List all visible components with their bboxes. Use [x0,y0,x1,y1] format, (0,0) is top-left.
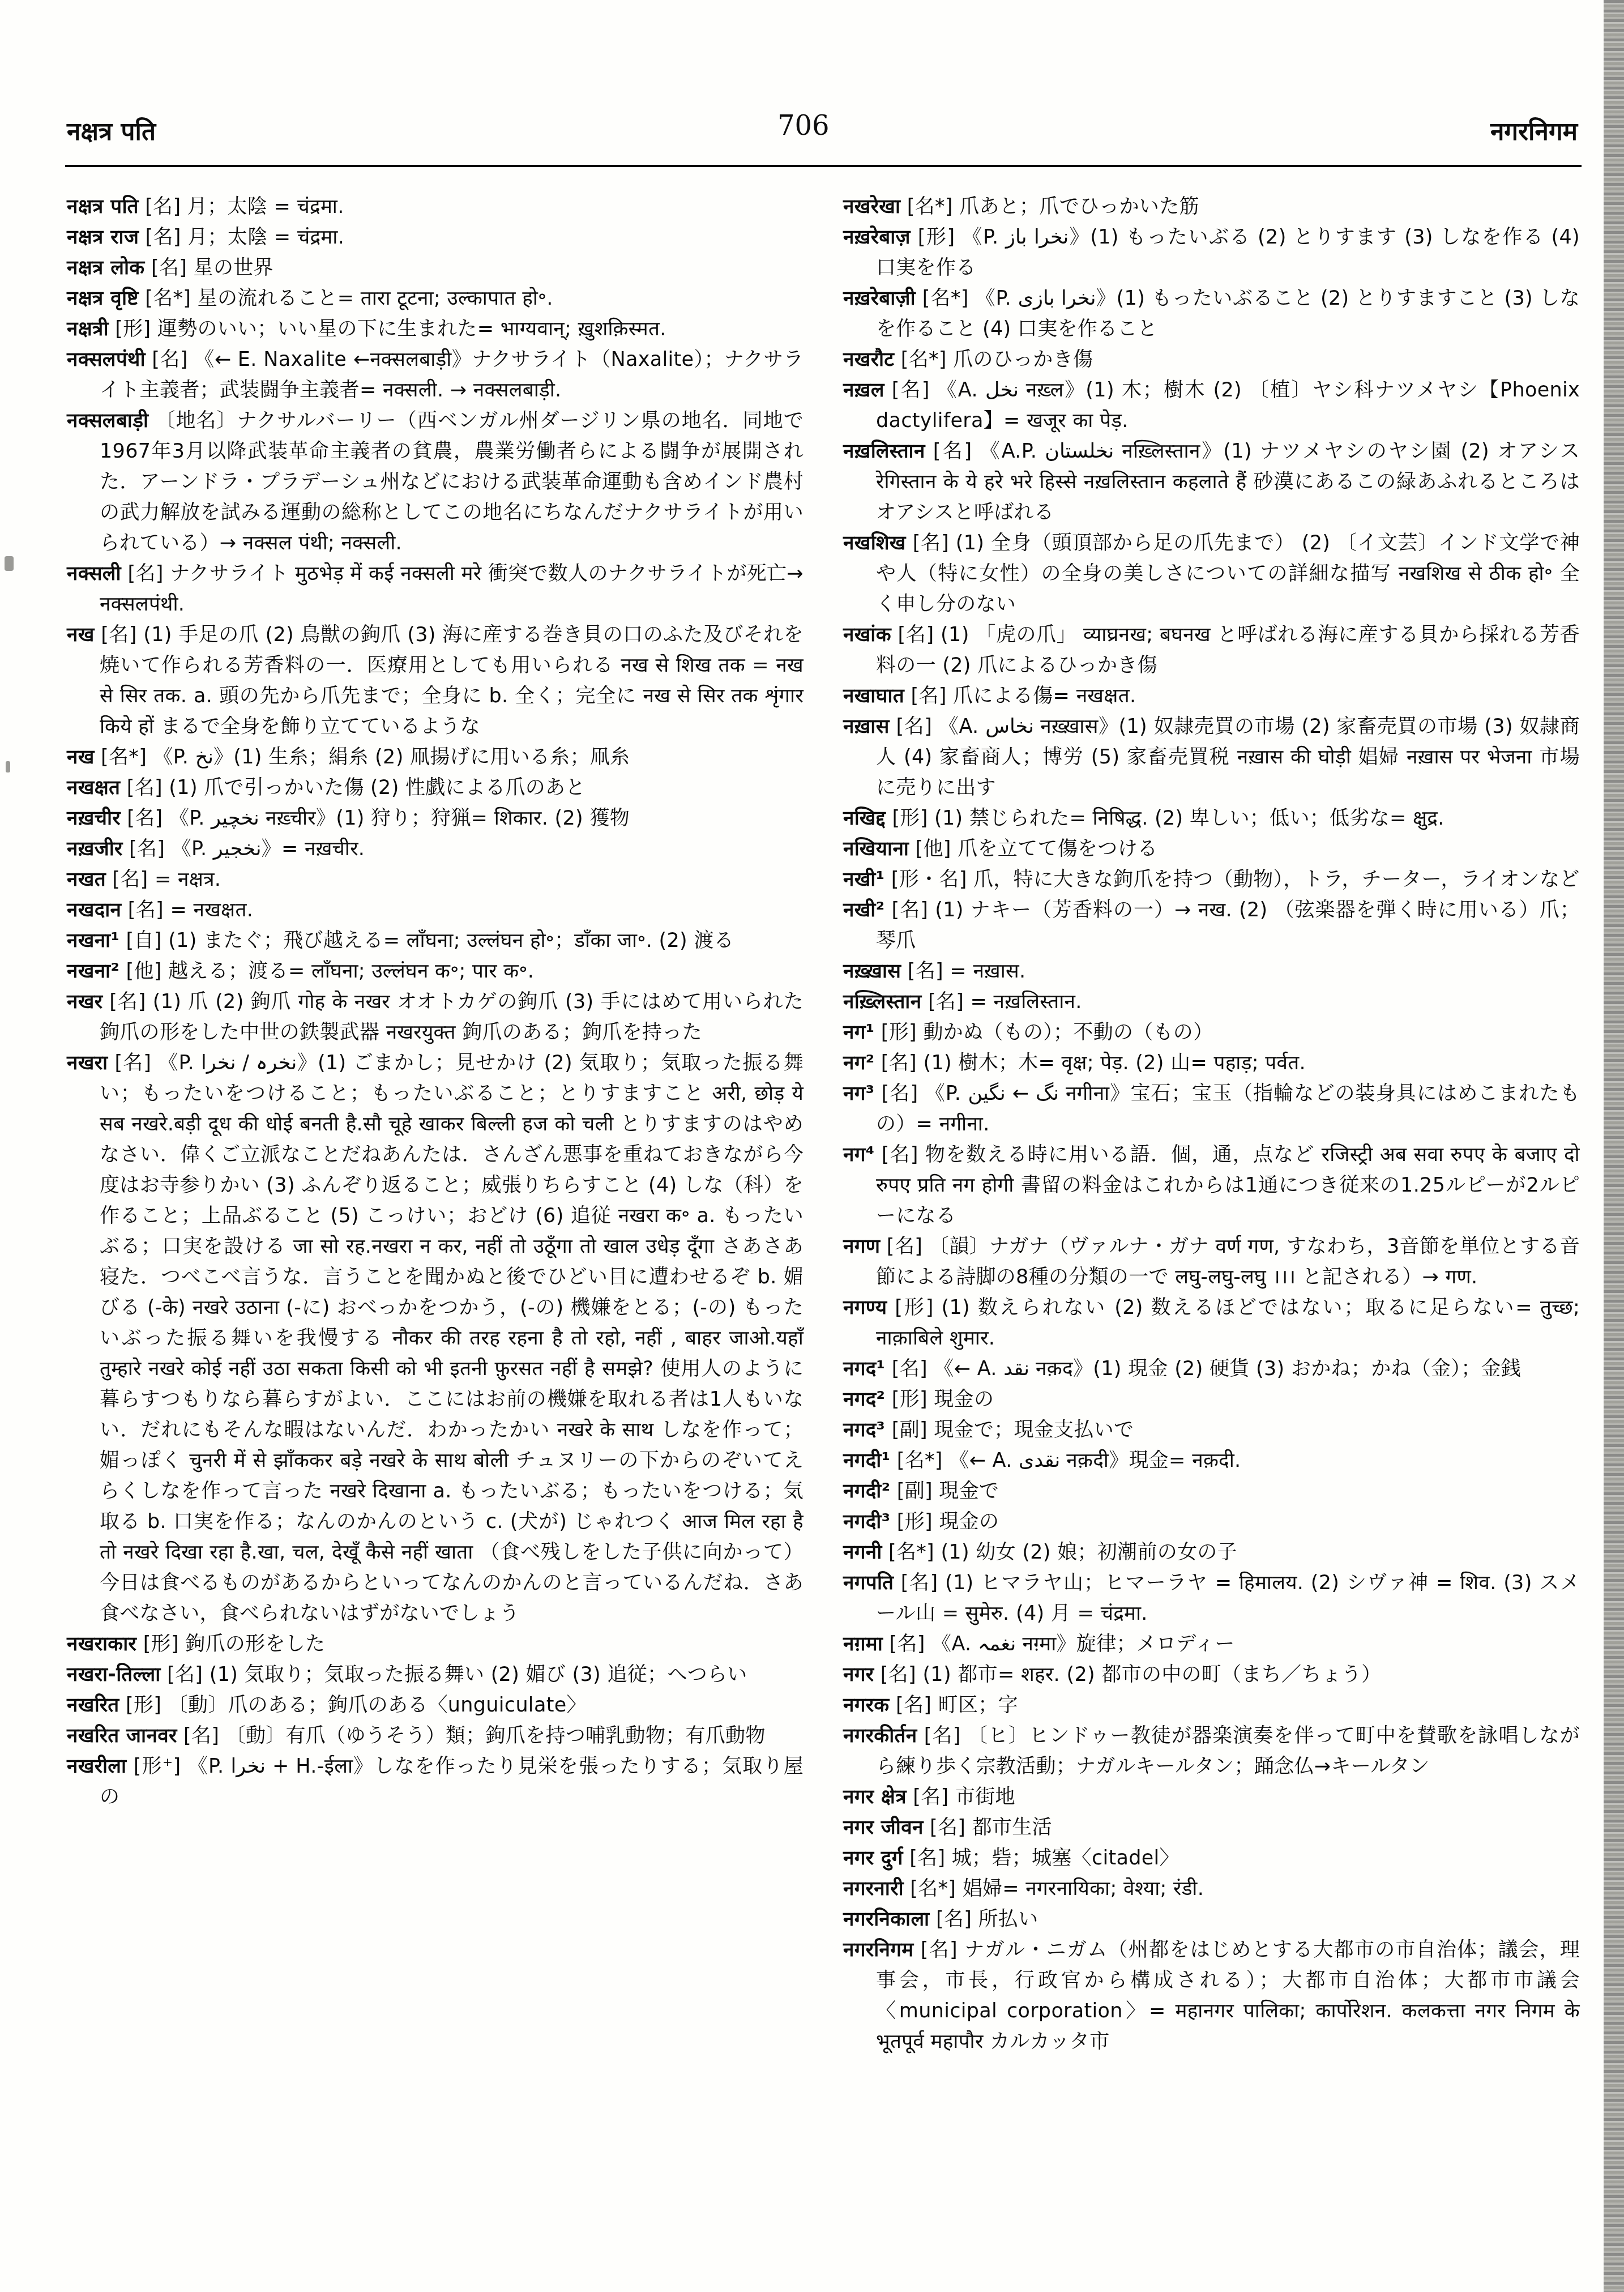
entry-headword: नखरा-तिल्ला [67,1663,161,1686]
entry-body: [名] 《A. نغمہ नग़्मा》旋律；メロディー [883,1633,1234,1655]
entry-headword: नख [67,746,95,769]
entry-headword: नगण्य [843,1296,887,1319]
entry-body: [名] 都市生活 [924,1816,1052,1839]
entry-body: [名] 所払い [929,1908,1038,1931]
entry-headword: नक्सलबाड़ी [67,409,148,432]
dictionary-entry: नखी² [名] (1) ナキー（芳香料の一）→ नख. (2) （弦楽器を弾く… [843,895,1580,956]
dictionary-entry: नख़ल [名] 《A. نخل नख़्ल》(1) 木；樹木 (2) 〔植〕ヤ… [843,375,1580,436]
entry-headword: नगनी [843,1541,882,1564]
entry-headword: नगण [843,1235,880,1258]
dictionary-entry: नख़जीर [名] 《P. نخجیر》= नख़चीर. [67,834,804,864]
dictionary-entry: नखक्षत [名] (1) 爪で引っかいた傷 (2) 性戯による爪のあと [67,772,804,803]
scan-edge-artifact [1604,0,1624,2292]
dictionary-entry: नगरक [名] 町区；字 [843,1690,1580,1721]
entry-body: [名] = नक्षत्र. [106,868,221,891]
dictionary-entry: नगरनिगम [名] ナガル・ニガム（州都をはじめとする大都市の市自治体；議会… [843,1935,1580,2057]
dictionary-entry: नक्सलबाड़ी 〔地名〕ナクサルバーリー（西ベンガル州ダージリン県の地名．… [67,406,804,558]
entry-body: [名] (1) 都市= शहर. (2) 都市の中の町（まち／ちょう） [874,1663,1381,1686]
dictionary-entry: नग² [名] (1) 樹木；木= वृक्ष; पेड़. (2) 山= पह… [843,1048,1580,1078]
dictionary-entry: नखरीला [形⁺] 《P. نخرا + H.-ईला》しなを作ったり見栄を… [67,1751,804,1812]
scan-artifact [6,761,10,772]
dictionary-entry: नखरा-तिल्ला [名] (1) 気取り；気取った振る舞い (2) 媚び … [67,1659,804,1690]
entry-body: [名] (1) 樹木；木= वृक्ष; पेड़. (2) 山= पहाड़;… [874,1052,1306,1074]
dictionary-entry: नक्सली [名] ナクサライト मुठभेड़ में कई नक्सली … [67,558,804,620]
entry-body: [名] 《A. نخاس नख़्ख़ास》(1) 奴隷売買の市場 (2) 家畜… [876,715,1580,799]
dictionary-entry: नगद³ [副] 現金で；現金支払いで [843,1415,1580,1445]
entry-headword: नगरनिकाला [843,1908,929,1931]
dictionary-page: नक्षत्र पति 706 नगरनिगम नक्षत्र पति [名] … [0,0,1624,2292]
entry-body: [名*] 爪あと；爪でひっかいた筋 [900,195,1199,218]
entry-headword: नख़रेबाज़ी [843,287,916,310]
dictionary-entry: नखशिख [名] (1) 全身（頭頂部から足の爪先まで） (2) 〔イ文芸〕イ… [843,528,1580,620]
entry-headword: नगद² [843,1388,885,1411]
entry-headword: नक्षत्री [67,318,109,340]
entry-headword: नख़रेबाज़ [843,226,911,249]
entry-headword: नख [67,624,95,646]
entry-headword: नक्षत्र वृष्टि [67,287,139,310]
dictionary-entry: नखना² [他] 越える；渡る= लाँघना; उल्लंघन क॰; पा… [67,956,804,987]
dictionary-entry: नगनी [名*] (1) 幼女 (2) 娘；初潮前の女の子 [843,1537,1580,1568]
dictionary-entry: नगदी¹ [名*] 《← A. نقدی नक़दी》現金= नक़दी. [843,1445,1580,1476]
dictionary-entry: नख़चीर [名] 《P. نخچیر नख़्चीर》(1) 狩り；狩猟= … [67,803,804,834]
dictionary-entry: नक्षत्री [形] 運勢のいい；いい星の下に生まれた= भाग्यवान्… [67,314,804,344]
entry-body: [名] = नख़लिस्तान. [921,991,1082,1013]
entry-body: [形] 現金の [885,1388,994,1411]
entry-body: [名] 〔動〕有爪（ゆうそう）類；鉤爪を持つ哺乳動物；有爪動物 [177,1725,766,1747]
entry-body: [名*] 《P. نخ》(1) 生糸；絹糸 (2) 凧揚げに用いる糸；凧糸 [95,746,630,769]
dictionary-entry: नखराकार [形] 鉤爪の形をした [67,1629,804,1659]
entry-headword: नग़मा [843,1633,883,1655]
entry-body: [名] = नखक्षत. [121,899,253,921]
entry-body: [名*] 《← A. نقدی नक़दी》現金= नक़दी. [890,1449,1241,1472]
entry-headword: नग² [843,1052,874,1074]
entry-headword: नखना¹ [67,929,119,952]
entry-headword: नख़्ख़ास [843,960,901,983]
entry-body: [名] 市街地 [907,1786,1015,1808]
dictionary-entry: नखत [名] = नक्षत्र. [67,864,804,895]
dictionary-entry: नगरनारी [名*] 娼婦= नगरनायिका; वेश्या; रंडी… [843,1873,1580,1904]
entry-headword: नक्सली [67,562,121,585]
entry-headword: नगरक [843,1694,890,1717]
entry-headword: नखी¹ [843,868,884,891]
entry-body: [名] 町区；字 [890,1694,1018,1717]
entry-body: [名] ナクサライト मुठभेड़ में कई नक्सली मरे 衝突で… [100,562,804,616]
entry-body: [名] 城；砦；城塞〈citadel〉 [903,1847,1179,1870]
entry-headword: नक्सलपंथी [67,348,146,371]
dictionary-entry: नगदी³ [形] 現金の [843,1506,1580,1537]
entry-body: [形] 鉤爪の形をした [136,1633,325,1655]
text-columns: नक्षत्र पति [名] 月；太陰 = चंद्रमा.नक्षत्र र… [67,191,1580,2057]
entry-headword: नगर दुर्ग [843,1847,903,1870]
entry-body: [副] 現金で [890,1480,999,1503]
entry-headword: नक्षत्र पति [67,195,139,218]
header-rule [65,165,1582,167]
dictionary-entry: नखरित [形] 〔動〕爪のある；鉤爪のある〈unguiculate〉 [67,1690,804,1721]
entry-body: [名] 〔韻〕ナガナ（ヴァルナ・ガナ वर्ण गण, すなわち，3音節を単位と… [876,1235,1580,1288]
entry-body: [名] (1) 全身（頭頂部から足の爪先まで） (2) 〔イ文芸〕インド文学で神… [876,532,1580,616]
entry-body: [名] 《← A. نقد नक़द》(1) 現金 (2) 硬貨 (3) おかね… [885,1358,1521,1380]
entry-body: [名*] 《P. نخرا بازی》(1) もったいぶること (2) とりすま… [876,287,1580,340]
entry-body: [名] 月；太陰 = चंद्रमा. [139,226,344,249]
dictionary-entry: नखाघात [名] 爪による傷= नखक्षत. [843,681,1580,711]
entry-body: [形] 《P. نخرا باز》(1) もったいぶる (2) とりすます (3… [876,226,1580,279]
entry-headword: नगदी³ [843,1510,890,1533]
dictionary-entry: नखरित जानवर [名] 〔動〕有爪（ゆうそう）類；鉤爪を持つ哺乳動物；有… [67,1721,804,1751]
entry-body: [形・名] 爪，特に大きな鉤爪を持つ（動物），トラ，チーター，ライオンなど [884,868,1579,891]
entry-headword: नक्षत्र लोक [67,257,145,279]
entry-headword: नगर जीवन [843,1816,924,1839]
entry-body: [名] = नख़ास. [901,960,1025,983]
entry-body: [形] 現金の [890,1510,999,1533]
dictionary-entry: नखदान [名] = नखक्षत. [67,895,804,925]
dictionary-entry: नगण [名] 〔韻〕ナガナ（ヴァルナ・ガナ वर्ण गण, すなわち，3音節… [843,1231,1580,1292]
dictionary-entry: नखियाना [他] 爪を立てて傷をつける [843,834,1580,864]
entry-body: [名] 《P. نخرہ / نخرا》(1) ごまかし；見せかけ (2) 気取… [100,1052,804,1625]
scan-artifact [5,556,14,571]
entry-body: [名] ナガル・ニガム（州都をはじめとする大都市の市自治体；議会，理事会，市長，… [876,1939,1580,2053]
entry-body: [形⁺] 《P. نخرا + H.-ईला》しなを作ったり見栄を張ったりする；… [100,1755,804,1808]
entry-headword: नगपति [843,1572,894,1594]
right-column: नखरेखा [名*] 爪あと；爪でひっかいた筋नख़रेबाज़ [形] 《P… [843,191,1580,2057]
entry-headword: नगदी¹ [843,1449,890,1472]
entry-headword: नखियाना [843,838,909,860]
entry-headword: नख़जीर [67,838,123,860]
page-header: नक्षत्र पति 706 नगरनिगम [67,113,1580,164]
entry-headword: नगद³ [843,1419,885,1441]
entry-body: [名] 《← E. Naxalite ←नक्सलबाड़ी》ナクサライト（Na… [100,348,804,402]
entry-body: [名] (1) ヒマラヤ山；ヒマーラヤ = हिमालय. (2) シヴァ神 =… [876,1572,1580,1625]
dictionary-entry: नख़रेबाज़ [形] 《P. نخرا باز》(1) もったいぶる (2… [843,222,1580,283]
entry-body: [名*] 娼婦= नगरनायिका; वेश्या; रंडी. [904,1877,1204,1900]
entry-headword: नखदान [67,899,121,921]
entry-body: [形] 〔動〕爪のある；鉤爪のある〈unguiculate〉 [119,1694,587,1717]
entry-headword: नखरित जानवर [67,1725,177,1747]
entry-headword: नख़्लिस्तान [843,991,921,1013]
entry-body: [名] 《P. نگ ← نگین नगीना》宝石；宝玉（指輪などの装身具には… [874,1082,1580,1136]
entry-body: [名] (1) ナキー（芳香料の一）→ नख. (2) （弦楽器を弾く時に用いる… [876,899,1580,952]
dictionary-entry: नक्षत्र पति [名] 月；太陰 = चंद्रमा. [67,191,804,222]
dictionary-entry: नगदी² [副] 現金で [843,1476,1580,1506]
entry-headword: नगरनिगम [843,1939,913,1961]
entry-headword: नग³ [843,1082,874,1105]
entry-body: [自] (1) またぐ；飛び越える= लाँघना; उल्लंघन हो॰；ड… [119,929,734,952]
entry-headword: नग¹ [843,1021,874,1044]
entry-headword: नगदी² [843,1480,890,1503]
entry-body: [名*] 星の流れること= तारा टूटना; उल्कापात हो॰. [139,287,553,310]
entry-headword: नख़चीर [67,807,121,830]
dictionary-entry: नख़रेबाज़ी [名*] 《P. نخرا بازی》(1) もったいぶる… [843,283,1580,344]
entry-body: [名] 物を数える時に用いる語．個，通，点など रजिस्ट्री अब सवा… [874,1143,1580,1227]
entry-headword: नखरेखा [843,195,900,218]
dictionary-entry: नखरा [名] 《P. نخرہ / نخرا》(1) ごまかし；見せかけ (… [67,1048,804,1629]
entry-body: [名] (1) 手足の爪 (2) 鳥獣の鉤爪 (3) 海に産する巻き貝の口のふた… [95,624,804,738]
dictionary-entry: नख़ास [名] 《A. نخاس नख़्ख़ास》(1) 奴隷売買の市場 … [843,711,1580,803]
entry-body: [形] 運勢のいい；いい星の下に生まれた= भाग्यवान्; ख़ुशक़ि… [109,318,666,340]
dictionary-entry: नगर क्षेत्र [名] 市街地 [843,1782,1580,1812]
entry-headword: नखिद्द [843,807,886,830]
dictionary-entry: नखरौट [名*] 爪のひっかき傷 [843,344,1580,375]
entry-headword: नखक्षत [67,776,120,799]
entry-headword: नखर [67,991,102,1013]
dictionary-entry: नख [名*] 《P. نخ》(1) 生糸；絹糸 (2) 凧揚げに用いる糸；凧糸 [67,742,804,772]
entry-body: [名] 爪による傷= नखक्षत. [904,685,1136,707]
entry-headword: नख़ल [843,379,884,402]
entry-headword: नखना² [67,960,119,983]
running-head-left: नक्षत्र पति [67,113,156,147]
dictionary-entry: नख [名] (1) 手足の爪 (2) 鳥獣の鉤爪 (3) 海に産する巻き貝の口… [67,620,804,742]
dictionary-entry: नगरनिकाला [名] 所払い [843,1904,1580,1935]
dictionary-entry: नखना¹ [自] (1) またぐ；飛び越える= लाँघना; उल्लंघन… [67,925,804,956]
entry-headword: नख़ास [843,715,890,738]
dictionary-entry: नक्षत्र राज [名] 月；太陰 = चंद्रमा. [67,222,804,253]
entry-body: [名] 《P. نخجیر》= नख़चीर. [123,838,365,860]
entry-body: [名] (1) 気取り；気取った振る舞い (2) 媚び (3) 追従；へつらい [161,1663,747,1686]
entry-headword: नखांक [843,624,891,646]
entry-body: [名] 《P. نخچیر नख़्चीर》(1) 狩り；狩猟= शिकार. … [121,807,630,830]
entry-headword: नगरकीर्तन [843,1725,917,1747]
entry-body: [副] 現金で；現金支払いで [885,1419,1134,1441]
entry-headword: नग⁴ [843,1143,874,1166]
entry-body: [他] 越える；渡る= लाँघना; उल्लंघन क॰; पार क॰. [119,960,534,983]
dictionary-entry: नख़्लिस्तान [名] = नख़लिस्तान. [843,987,1580,1017]
dictionary-entry: नगण्य [形] (1) 数えられない (2) 数えるほどではない；取るに足ら… [843,1292,1580,1354]
dictionary-entry: नगरकीर्तन [名] 〔ヒ〕ヒンドゥー教徒が器楽演奏を伴って町中を賛歌を詠… [843,1721,1580,1782]
dictionary-entry: नगद² [形] 現金の [843,1384,1580,1415]
entry-body: [形] (1) 数えられない (2) 数えるほどではない；取るに足らない= तु… [876,1296,1580,1350]
dictionary-entry: नगद¹ [名] 《← A. نقد नक़द》(1) 現金 (2) 硬貨 (3… [843,1354,1580,1384]
dictionary-entry: नगर दुर्ग [名] 城；砦；城塞〈citadel〉 [843,1843,1580,1873]
entry-body: [名] (1) 爪で引っかいた傷 (2) 性戯による爪のあと [120,776,585,799]
entry-headword: नखरा [67,1052,108,1074]
entry-headword: नखरीला [67,1755,126,1778]
entry-headword: नगर [843,1663,874,1686]
entry-body: [名] 星の世界 [145,257,273,279]
entry-body: [形] (1) 禁じられた= निषिद्ध. (2) 卑しい；低い；低劣な= … [886,807,1444,830]
entry-headword: नखरित [67,1694,119,1717]
entry-body: [形] 動かぬ（もの）；不動の（もの） [874,1021,1213,1044]
entry-body: [名] (1) 「虎の爪」 व्याघ्रनख; बघनख と呼ばれる海に産する… [876,624,1580,677]
entry-body: [名] 月；太陰 = चंद्रमा. [139,195,344,218]
dictionary-entry: नखांक [名] (1) 「虎の爪」 व्याघ्रनख; बघनख と呼ばれ… [843,620,1580,681]
entry-headword: नखत [67,868,106,891]
dictionary-entry: नखी¹ [形・名] 爪，特に大きな鉤爪を持つ（動物），トラ，チーター，ライオン… [843,864,1580,895]
entry-headword: नक्षत्र राज [67,226,139,249]
dictionary-entry: नखरेखा [名*] 爪あと；爪でひっかいた筋 [843,191,1580,222]
dictionary-entry: नग़मा [名] 《A. نغمہ नग़्मा》旋律；メロディー [843,1629,1580,1659]
dictionary-entry: नख़्ख़ास [名] = नख़ास. [843,956,1580,987]
dictionary-entry: नक्सलपंथी [名] 《← E. Naxalite ←नक्सलबाड़ी… [67,344,804,406]
dictionary-entry: नग¹ [形] 動かぬ（もの）；不動の（もの） [843,1017,1580,1048]
dictionary-entry: नगर [名] (1) 都市= शहर. (2) 都市の中の町（まち／ちょう） [843,1659,1580,1690]
entry-body: [名*] 爪のひっかき傷 [894,348,1093,371]
entry-headword: नगद¹ [843,1358,885,1380]
entry-body: [名*] (1) 幼女 (2) 娘；初潮前の女の子 [882,1541,1237,1564]
dictionary-entry: नग³ [名] 《P. نگ ← نگین नगीना》宝石；宝玉（指輪などの装… [843,1078,1580,1139]
entry-headword: नगर क्षेत्र [843,1786,907,1808]
entry-body: [他] 爪を立てて傷をつける [909,838,1157,860]
dictionary-entry: नख़लिस्तान [名] 《A.P. نخلستان नख़्लिस्तान… [843,436,1580,528]
left-column: नक्षत्र पति [名] 月；太陰 = चंद्रमा.नक्षत्र र… [67,191,804,2057]
dictionary-entry: नखिद्द [形] (1) 禁じられた= निषिद्ध. (2) 卑しい；低… [843,803,1580,834]
entry-headword: नखशिख [843,532,906,554]
entry-body: [名] (1) 爪 (2) 鉤爪 गोह के नखर オオトカゲの鉤爪 (3)… [100,991,804,1044]
dictionary-entry: नखर [名] (1) 爪 (2) 鉤爪 गोह के नखर オオトカゲの鉤爪… [67,987,804,1048]
running-head-right: नगरनिगम [1490,113,1578,147]
dictionary-entry: नग⁴ [名] 物を数える時に用いる語．個，通，点など रजिस्ट्री अब… [843,1139,1580,1231]
entry-body: 〔地名〕ナクサルバーリー（西ベンガル州ダージリン県の地名．同地で1967年3月以… [100,409,804,554]
dictionary-entry: नगर जीवन [名] 都市生活 [843,1812,1580,1843]
entry-headword: नखरौट [843,348,894,371]
entry-headword: नखराकार [67,1633,136,1655]
entry-headword: नख़लिस्तान [843,440,925,463]
dictionary-entry: नक्षत्र वृष्टि [名*] 星の流れること= तारा टूटना;… [67,283,804,314]
page-number: 706 [777,110,830,142]
entry-body: [名] 《A.P. نخلستان नख़्लिस्तान》(1) ナツメヤシの… [876,440,1580,524]
dictionary-entry: नगपति [名] (1) ヒマラヤ山；ヒマーラヤ = हिमालय. (2) … [843,1568,1580,1629]
entry-headword: नखाघात [843,685,904,707]
dictionary-entry: नक्षत्र लोक [名] 星の世界 [67,253,804,283]
entry-headword: नखी² [843,899,884,921]
entry-body: [名] 《A. نخل नख़्ल》(1) 木；樹木 (2) 〔植〕ヤシ科ナツメ… [876,379,1580,432]
entry-body: [名] 〔ヒ〕ヒンドゥー教徒が器楽演奏を伴って町中を賛歌を詠唱しながら練り歩く宗… [876,1725,1580,1778]
entry-headword: नगरनारी [843,1877,904,1900]
